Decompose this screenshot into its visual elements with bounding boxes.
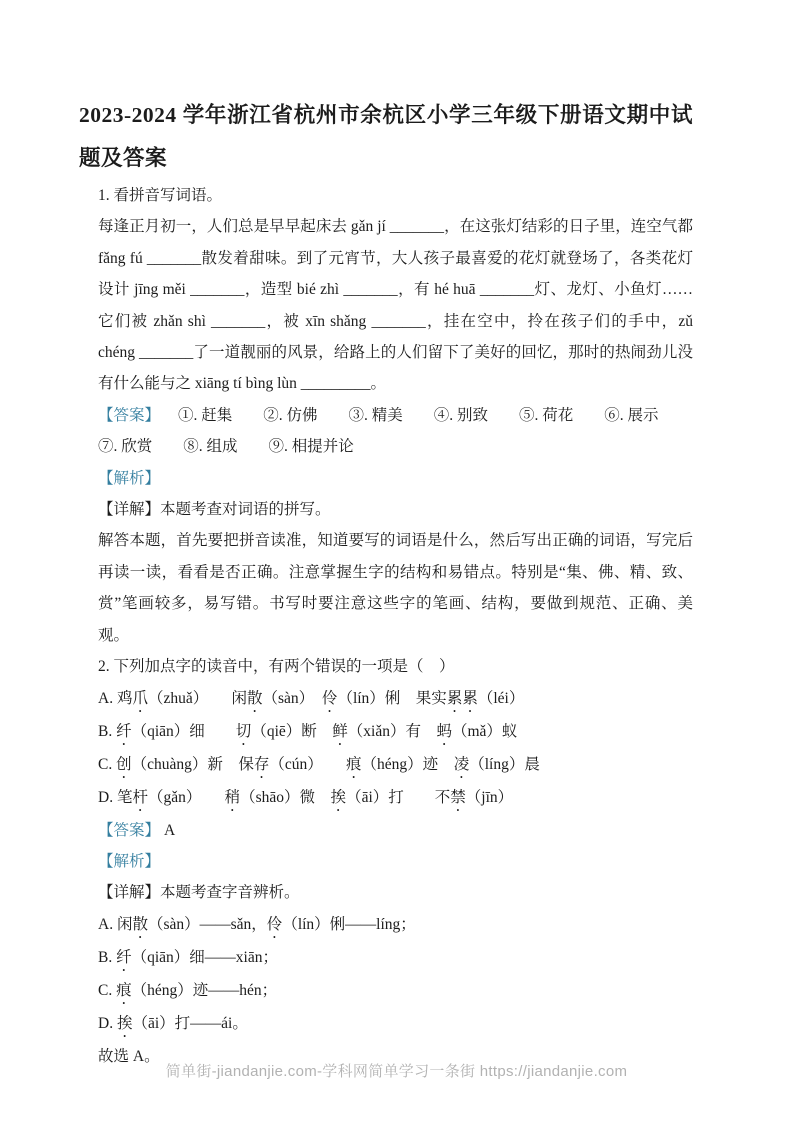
document-page: 2023-2024 学年浙江省杭州市余杭区小学三年级下册语文期中试题及答案 1.… xyxy=(0,0,793,1122)
question2-analysis-label: 【解析】 xyxy=(98,846,693,877)
text-segment: （qiān）细 xyxy=(132,723,236,740)
emphasized-char: 爪 xyxy=(132,690,148,707)
emphasized-char: 存 xyxy=(254,756,270,773)
text-segment: （cún） xyxy=(269,756,346,773)
text-segment: （xiǎn）有 xyxy=(348,723,437,740)
question2-option-c: C. 创（chuàng）新 保存（cún） 痕（héng）迹 凌（líng）晨 xyxy=(98,749,693,782)
text-segment: （gǎn） xyxy=(148,789,225,806)
text-segment: （qiē）断 xyxy=(251,723,332,740)
question2-option-d: D. 笔杆（gǎn） 稍（shāo）微 挨（āi）打 不禁（jīn） xyxy=(98,782,693,815)
question2-explain-d: D. 挨（āi）打——ái。 xyxy=(98,1008,693,1041)
text-segment: （héng）迹——hén； xyxy=(132,982,278,999)
emphasized-char: 禁 xyxy=(450,789,466,806)
text-segment: C. xyxy=(98,982,116,999)
text-segment: （sàn）——sǎn， xyxy=(148,916,267,933)
text-segment: （lín）俐 果实 xyxy=(337,690,446,707)
document-title: 2023-2024 学年浙江省杭州市余杭区小学三年级下册语文期中试题及答案 xyxy=(79,94,693,180)
text-segment: B. xyxy=(98,723,116,740)
text-segment: （líng）晨 xyxy=(469,756,540,773)
question2-prompt: 2. 下列加点字的读音中，有两个错误的一项是（ ） xyxy=(98,651,693,682)
footer-watermark: 简单街-jiandanjie.com-学科网简单学习一条街 https://ji… xyxy=(0,1060,793,1081)
question1-answer-line2: ⑦. 欣赏 ⑧. 组成 ⑨. 相提并论 xyxy=(98,431,693,462)
emphasized-char: 伶 xyxy=(322,690,338,707)
answer-label: 【答案】 xyxy=(98,407,160,424)
question2-detail: 【详解】本题考查字音辨析。 xyxy=(98,877,693,908)
question2-answer: 【答案】A xyxy=(98,815,693,846)
emphasized-char: 散 xyxy=(247,690,263,707)
analysis-label: 【解析】 xyxy=(98,470,160,487)
document-body: 2023-2024 学年浙江省杭州市余杭区小学三年级下册语文期中试题及答案 1.… xyxy=(0,94,793,1072)
emphasized-char: 创 xyxy=(116,756,132,773)
text-segment: （sàn） xyxy=(263,690,322,707)
text-segment: （jīn） xyxy=(466,789,513,806)
question1-explanation: 解答本题，首先要把拼音读准，知道要写的词语是什么，然后写出正确的词语，写完后再读… xyxy=(98,525,693,651)
question2-explain-a: A. 闲散（sàn）——sǎn，伶（lín）俐——líng； xyxy=(98,909,693,942)
text-segment: （zhuǎ） 闲 xyxy=(148,690,247,707)
text-segment: D. 笔 xyxy=(98,789,132,806)
text-segment: A. 鸡 xyxy=(98,690,132,707)
emphasized-char: 痕 xyxy=(346,756,362,773)
emphasized-char: 凌 xyxy=(454,756,470,773)
question2-option-a: A. 鸡爪（zhuǎ） 闲散（sàn） 伶（lín）俐 果实累累（léi） xyxy=(98,683,693,716)
text-segment: B. xyxy=(98,949,116,966)
analysis-label: 【解析】 xyxy=(98,853,160,870)
question1-detail: 【详解】本题考查对词语的拼写。 xyxy=(98,494,693,525)
emphasized-char: 累累 xyxy=(447,690,478,707)
text-segment: D. xyxy=(98,1015,117,1032)
question2-explain-b: B. 纤（qiān）细——xiān； xyxy=(98,942,693,975)
text-segment: （qiān）细——xiān； xyxy=(132,949,278,966)
emphasized-char: 鲜 xyxy=(332,723,348,740)
text-segment: （āi）打 不 xyxy=(346,789,450,806)
emphasized-char: 切 xyxy=(236,723,252,740)
emphasized-char: 挨 xyxy=(331,789,347,806)
text-segment: （mǎ）蚁 xyxy=(452,723,517,740)
emphasized-char: 挨 xyxy=(117,1015,133,1032)
text-segment: （shāo）微 xyxy=(240,789,330,806)
question2-explain-c: C. 痕（héng）迹——hén； xyxy=(98,975,693,1008)
text-segment: （léi） xyxy=(478,690,525,707)
emphasized-char: 稍 xyxy=(225,789,241,806)
question1-answer-line1: 【答案】①. 赶集 ②. 仿佛 ③. 精美 ④. 别致 ⑤. 荷花 ⑥. 展示 xyxy=(98,400,693,431)
question1-analysis-label: 【解析】 xyxy=(98,463,693,494)
emphasized-char: 伶 xyxy=(267,916,283,933)
question1-prompt: 1. 看拼音写词语。 xyxy=(98,180,693,211)
emphasized-char: 蚂 xyxy=(436,723,452,740)
question1-passage: 每逢正月初一，人们总是早早起床去 gǎn jí _______，在这张灯结彩的日… xyxy=(98,211,693,399)
question1-answers-part1: ①. 赶集 ②. 仿佛 ③. 精美 ④. 别致 ⑤. 荷花 ⑥. 展示 xyxy=(178,407,659,424)
answer-value: A xyxy=(164,822,175,839)
text-segment: （lín）俐——líng； xyxy=(282,916,415,933)
emphasized-char: 痕 xyxy=(116,982,132,999)
text-segment: （héng）迹 xyxy=(362,756,454,773)
text-segment: A. 闲 xyxy=(98,916,132,933)
text-segment: （chuàng）新 保 xyxy=(132,756,254,773)
text-segment: （āi）打——ái。 xyxy=(132,1015,247,1032)
emphasized-char: 散 xyxy=(132,916,148,933)
question2-option-b: B. 纤（qiān）细 切（qiē）断 鲜（xiǎn）有 蚂（mǎ）蚁 xyxy=(98,716,693,749)
emphasized-char: 杆 xyxy=(132,789,148,806)
emphasized-char: 纤 xyxy=(116,723,132,740)
answer-label: 【答案】 xyxy=(98,822,160,839)
text-segment: C. xyxy=(98,756,116,773)
emphasized-char: 纤 xyxy=(116,949,132,966)
